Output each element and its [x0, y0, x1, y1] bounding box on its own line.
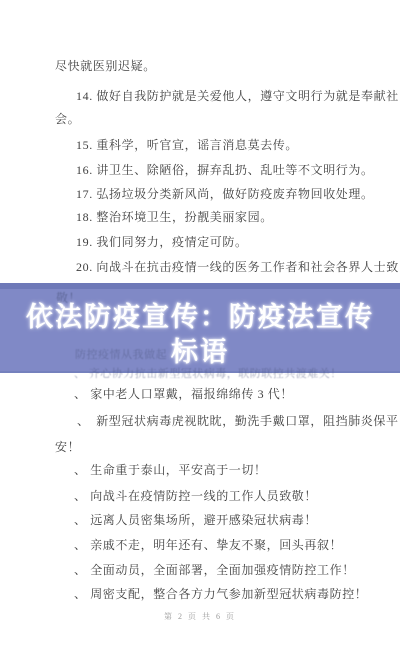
doc-line: 、 向战斗在疫情防控一线的工作人员致敬！	[74, 487, 317, 504]
doc-line: 19. 我们同努力，疫情定可防。	[76, 233, 248, 250]
doc-line: 14. 做好自我防护就是关爱他人，遵守文明行为就是奉献社	[76, 87, 399, 104]
obscured-text-line: 、 齐心协力抗击新型冠状病毒，联防联控共渡难关！	[74, 365, 342, 381]
doc-line: 安！	[55, 438, 80, 455]
doc-line: 16. 讲卫生、除陋俗，摒弃乱扔、乱吐等不文明行为。	[76, 161, 374, 178]
page-number-footer: 第 2 页 共 6 页	[0, 611, 400, 622]
doc-line: 、 周密支配，整合各方力气参加新型冠状病毒防控！	[74, 585, 367, 602]
obscured-text-line: 防控疫情从我做起	[75, 346, 167, 362]
title-banner: 敬！ 依法防疫宣传：防疫法宣传 标语 防控疫情从我做起 、 齐心协力抗击新型冠状…	[0, 283, 400, 373]
doc-line: 18. 整治环境卫生，扮靓美丽家园。	[76, 208, 273, 225]
banner-title-line1: 依法防疫宣传：防疫法宣传	[0, 295, 400, 334]
doc-line: 、 全面动员，全面部署，全面加强疫情防控工作！	[74, 561, 355, 578]
doc-line: 、 远离人员密集场所，避开感染冠状病毒！	[74, 511, 317, 528]
doc-line: 、 家中老人口罩戴，福报绵绵传 3 代！	[74, 385, 293, 402]
doc-line: 、 生命重于泰山，平安高于一切！	[74, 461, 267, 478]
document-page: 尽快就医别迟疑。 14. 做好自我防护就是关爱他人，遵守文明行为就是奉献社 会。…	[0, 0, 400, 654]
doc-line: 15. 重科学，听官宣，谣言消息莫去传。	[76, 136, 298, 153]
doc-line: 会。	[55, 110, 80, 127]
doc-line: 20. 向战斗在抗击疫情一线的医务工作者和社会各界人士致	[76, 258, 399, 275]
doc-line: 、 新型冠状病毒虎视眈眈，勤洗手戴口罩，阻挡肺炎保平	[77, 412, 399, 429]
banner-title-line2: 标语	[0, 330, 400, 369]
doc-line: 尽快就医别迟疑。	[55, 57, 156, 74]
doc-line: 、 亲戚不走，明年还有、挚友不聚，回头再叙！	[74, 536, 342, 553]
doc-line: 17. 弘扬垃圾分类新风尚，做好防疫废弃物回收处理。	[76, 185, 374, 202]
